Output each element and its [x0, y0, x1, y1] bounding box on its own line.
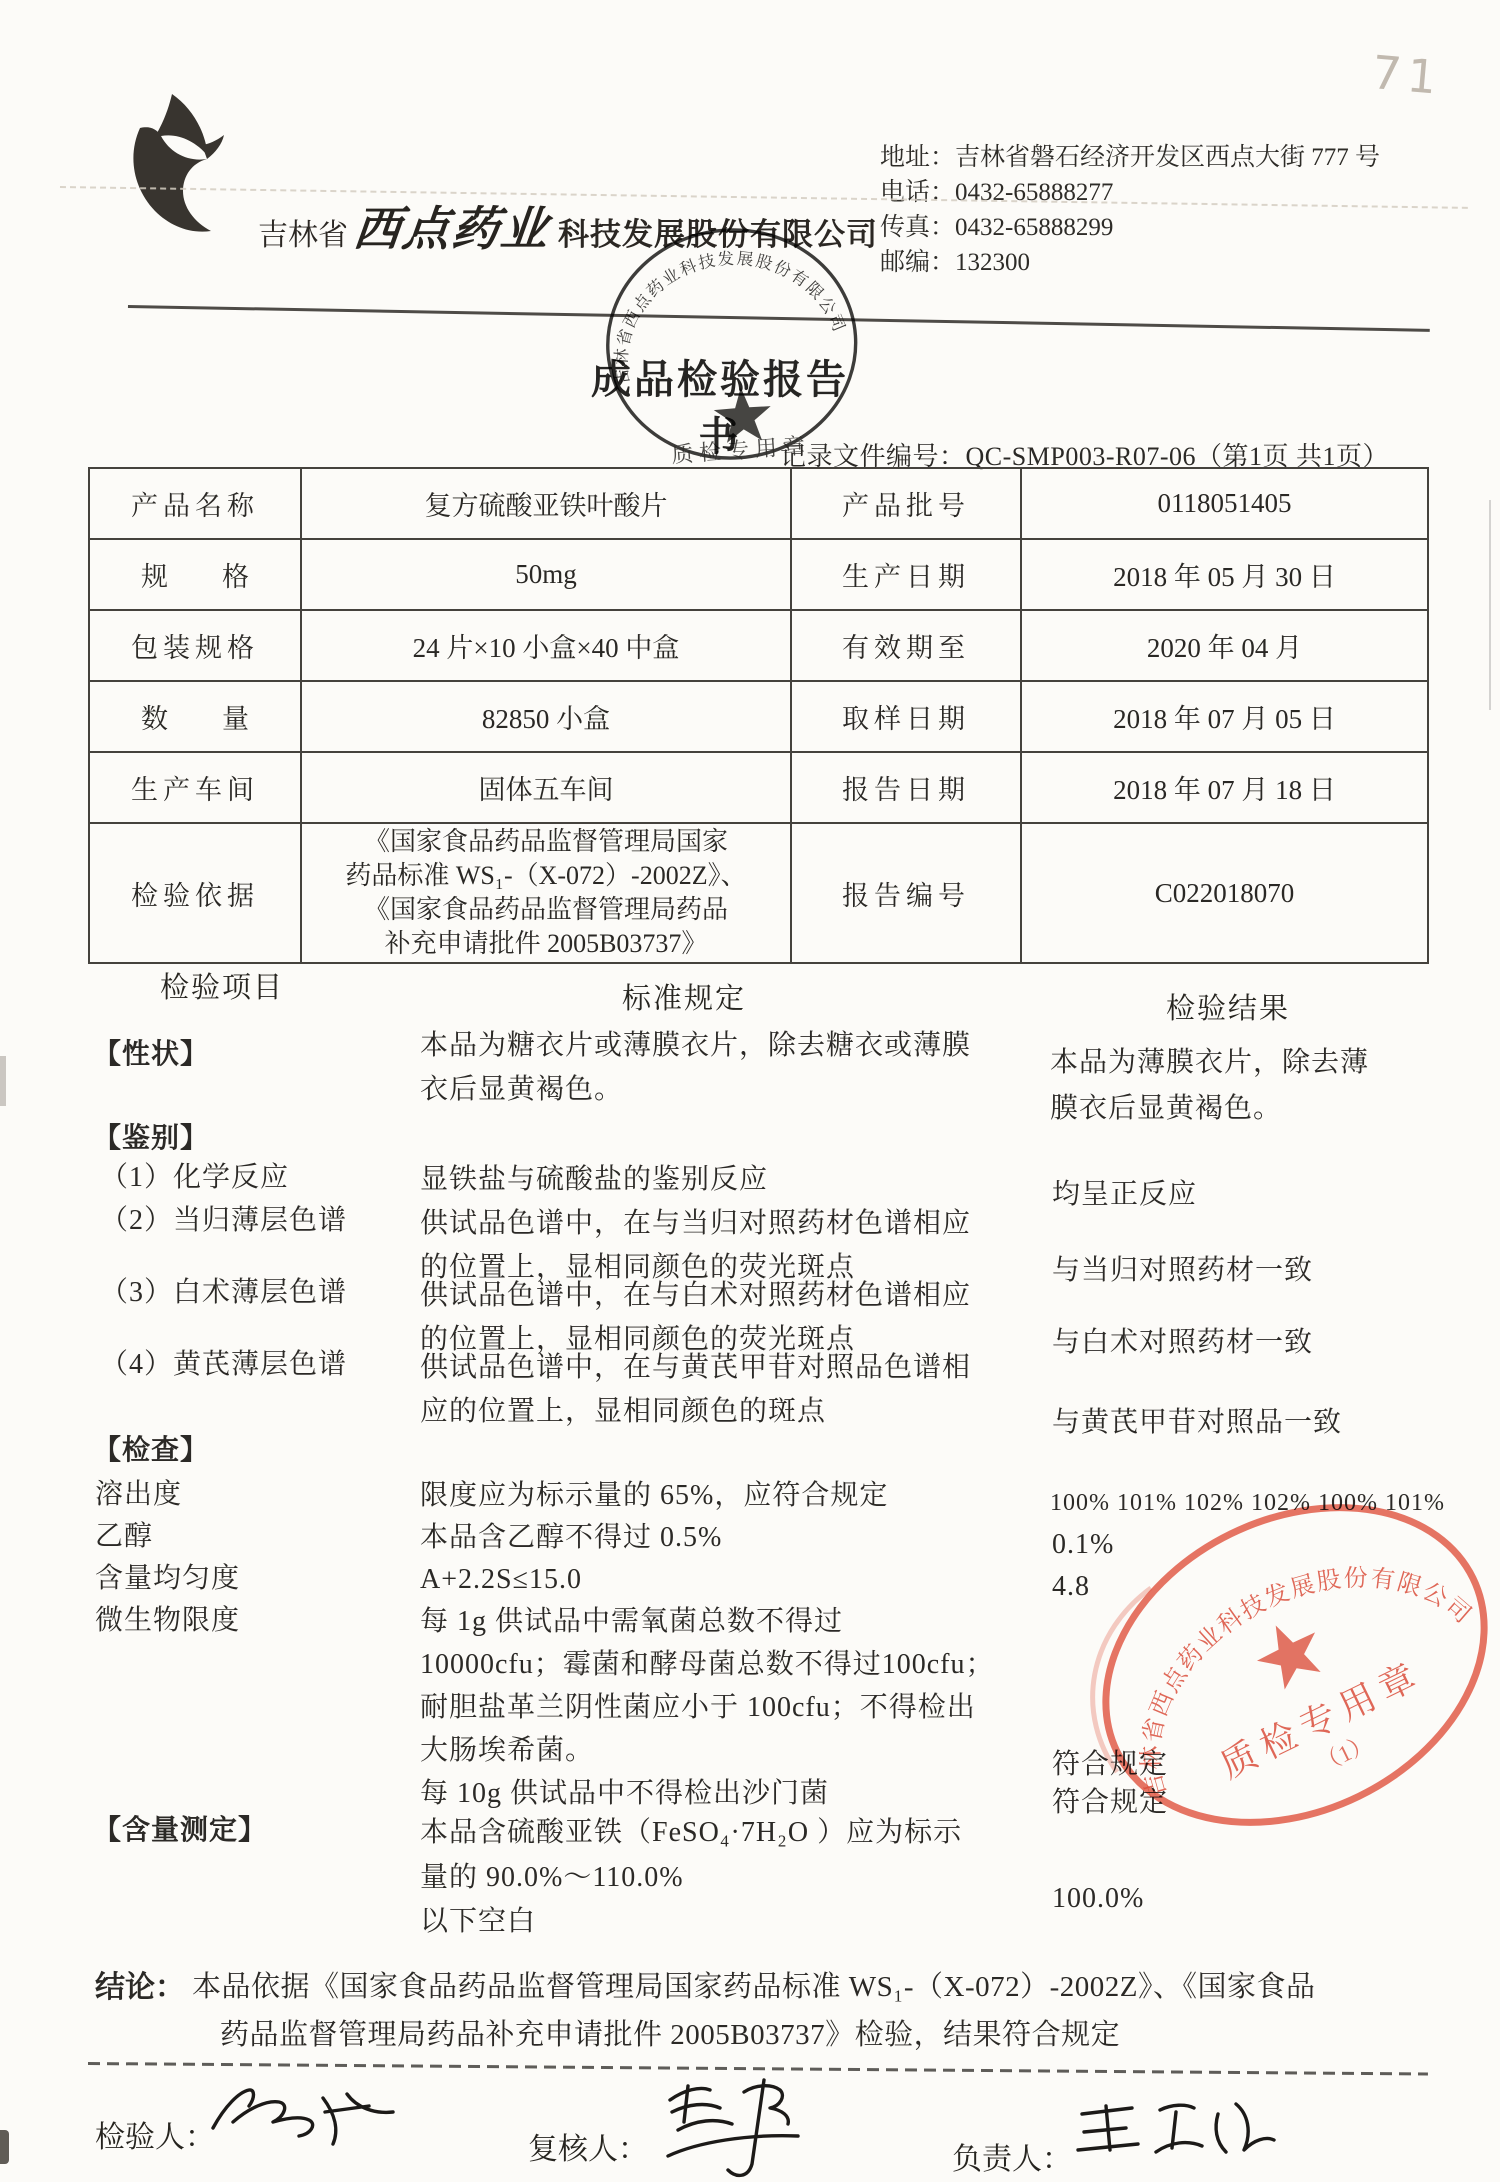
report-date-label: 报告日期 — [792, 753, 1022, 824]
zip-value: 132300 — [955, 245, 1030, 280]
section-hanliang: 【含量测定】 — [93, 1808, 267, 1848]
handwritten-corner-note: 71 — [1370, 45, 1445, 105]
pack-label: 包装规格 — [90, 611, 302, 682]
jianbie2-item: （2）当归薄层色谱 — [100, 1198, 347, 1238]
spec-value: 50mg — [302, 540, 792, 611]
sample-date-label: 取样日期 — [792, 682, 1022, 753]
address-row: 地址： 吉林省磐石经济开发区西点大街 777 号 — [880, 140, 1380, 175]
jianbie3-result: 与白术对照药材一致 — [1052, 1320, 1313, 1366]
mfg-date-label: 生产日期 — [792, 540, 1022, 611]
junyundu-standard: A+2.2S≤15.0 — [420, 1558, 582, 1602]
contact-block: 地址： 吉林省磐石经济开发区西点大街 777 号 电话： 0432-658882… — [880, 140, 1380, 280]
fax-label: 传真： — [880, 210, 955, 245]
report-date-value: 2018 年 07 月 18 日 — [1022, 753, 1427, 824]
jianbie1-result: 均呈正反应 — [1052, 1172, 1197, 1218]
spec-label: 规 格 — [90, 540, 302, 611]
batch-label: 产品批号 — [792, 469, 1022, 540]
jianbie4-result: 与黄芪甲苷对照品一致 — [1052, 1400, 1342, 1446]
scan-edge-line-right — [1489, 500, 1491, 710]
junyundu-item: 含量均匀度 — [95, 1556, 240, 1596]
address-label: 地址： — [880, 140, 955, 175]
mfg-date-value: 2018 年 05 月 30 日 — [1022, 540, 1427, 611]
header-divider — [128, 305, 1430, 331]
red-stamp-label: 质检专用章 — [1214, 1654, 1429, 1786]
yichun-result: 0.1% — [1052, 1522, 1114, 1568]
reviewer-signature — [648, 2072, 818, 2182]
workshop-label: 生产车间 — [90, 753, 302, 824]
red-stamp-number: （1） — [1314, 1730, 1377, 1778]
supervisor-label: 负责人： — [952, 2134, 1072, 2178]
product-name-label: 产品名称 — [90, 469, 302, 540]
jianbie1-standard: 显铁盐与硫酸盐的鉴别反应 — [420, 1158, 768, 1202]
pack-value: 24 片×10 小盒×40 中盒 — [302, 611, 792, 682]
report-no-label: 报告编号 — [792, 824, 1022, 962]
section-jianbie: 【鉴别】 — [93, 1116, 209, 1156]
col-header-standard: 标准规定 — [622, 976, 746, 1017]
conclusion-line2: 药品监督管理局药品补充申请批件 2005B03737》检验，结果符合规定 — [220, 2012, 1120, 2053]
junyundu-result: 4.8 — [1052, 1564, 1090, 1610]
scanned-report-page: 71 吉林省 西点药业 科技发展股份有限公司 地址： 吉林省磐石经济开发区西点大… — [0, 0, 1500, 2182]
rongchudu-item: 溶出度 — [95, 1472, 182, 1512]
fax-value: 0432-65888299 — [955, 210, 1113, 245]
company-name-line: 吉林省 西点药业 科技发展股份有限公司 — [258, 192, 878, 259]
phone-value: 0432-65888277 — [955, 175, 1113, 210]
scan-edge-mark-left — [0, 1056, 6, 1106]
company-brand: 西点药业 — [350, 192, 553, 259]
report-no-value: C022018070 — [1022, 824, 1427, 962]
rongchudu-result: 100% 101% 102% 102% 100% 101% — [1050, 1480, 1445, 1526]
address-value: 吉林省磐石经济开发区西点大街 777 号 — [955, 140, 1380, 175]
expiry-label: 有效期至 — [792, 611, 1022, 682]
batch-value: 0118051405 — [1022, 469, 1427, 540]
inspector-signature — [205, 2078, 405, 2163]
section-jiancha: 【检查】 — [93, 1428, 209, 1468]
jianbie1-item: （1）化学反应 — [100, 1155, 289, 1195]
yichun-standard: 本品含乙醇不得过 0.5% — [420, 1516, 722, 1560]
section-xingzhuang: 【性状】 — [93, 1032, 209, 1072]
reviewer-label: 复核人： — [528, 2124, 648, 2168]
company-logo — [112, 92, 247, 242]
blank-below-note: 以下空白 — [420, 1900, 536, 1944]
jianbie2-result: 与当归对照药材一致 — [1052, 1248, 1313, 1294]
inspector-label: 检验人： — [95, 2112, 215, 2156]
col-header-item: 检验项目 — [160, 965, 284, 1006]
supervisor-signature — [1068, 2092, 1278, 2182]
product-info-table: 产品名称 复方硫酸亚铁叶酸片 产品批号 0118051405 规 格 50mg … — [88, 467, 1429, 964]
qty-value: 82850 小盒 — [302, 682, 792, 753]
jianbie4-item: （4）黄芪薄层色谱 — [100, 1342, 347, 1382]
company-region: 吉林省 — [258, 210, 348, 254]
jianbie3-item: （3）白术薄层色谱 — [100, 1270, 347, 1310]
basis-value: 《国家食品药品监督管理局国家 药品标准 WS₁-（X-072）-2002Z》、 … — [302, 824, 792, 962]
expiry-value: 2020 年 04 月 — [1022, 611, 1427, 682]
red-stamp-star-icon — [1247, 1611, 1332, 1695]
conclusion-label: 结论： — [95, 1962, 185, 2006]
fax-row: 传真： 0432-65888299 — [880, 210, 1380, 245]
xingzhuang-standard: 本品为糖衣片或薄膜衣片，除去糖衣或薄膜 衣后显黄褐色。 — [420, 1024, 971, 1112]
sample-date-value: 2018 年 07 月 05 日 — [1022, 682, 1427, 753]
conclusion-line1: 本品依据《国家食品药品监督管理局国家药品标准 WS₁-（X-072）-2002Z… — [192, 1964, 1316, 2005]
rongchudu-standard: 限度应为标示量的 65%，应符合规定 — [420, 1474, 888, 1518]
weishengwu-item: 微生物限度 — [95, 1598, 240, 1638]
col-header-result: 检验结果 — [1166, 986, 1290, 1027]
hanliang-standard: 本品含硫酸亚铁（FeSO₄·7H₂O ）应为标示 量的 90.0%～110.0% — [420, 1810, 962, 1900]
zip-label: 邮编： — [880, 245, 955, 280]
workshop-value: 固体五车间 — [302, 753, 792, 824]
company-suffix: 科技发展股份有限公司 — [558, 209, 878, 254]
hanliang-result: 100.0% — [1052, 1876, 1144, 1922]
yichun-item: 乙醇 — [95, 1514, 153, 1554]
shamenjun-result: 符合规定 — [1052, 1780, 1168, 1826]
phone-label: 电话： — [880, 175, 955, 210]
basis-label: 检验依据 — [90, 824, 302, 962]
jianbie4-standard: 供试品色谱中，在与黄芪甲苷对照品色谱相 应的位置上，显相同颜色的斑点 — [420, 1346, 971, 1434]
qty-label: 数 量 — [90, 682, 302, 753]
scan-edge-mark-bottom-left — [0, 2130, 9, 2164]
zip-row: 邮编： 132300 — [880, 245, 1380, 280]
xingzhuang-result: 本品为薄膜衣片，除去薄 膜衣后显黄褐色。 — [1050, 1040, 1369, 1132]
weishengwu-standard: 每 1g 供试品中需氧菌总数不得过 10000cfu；霉菌和酵母菌总数不得过10… — [420, 1600, 995, 1772]
product-name-value: 复方硫酸亚铁叶酸片 — [302, 469, 792, 540]
